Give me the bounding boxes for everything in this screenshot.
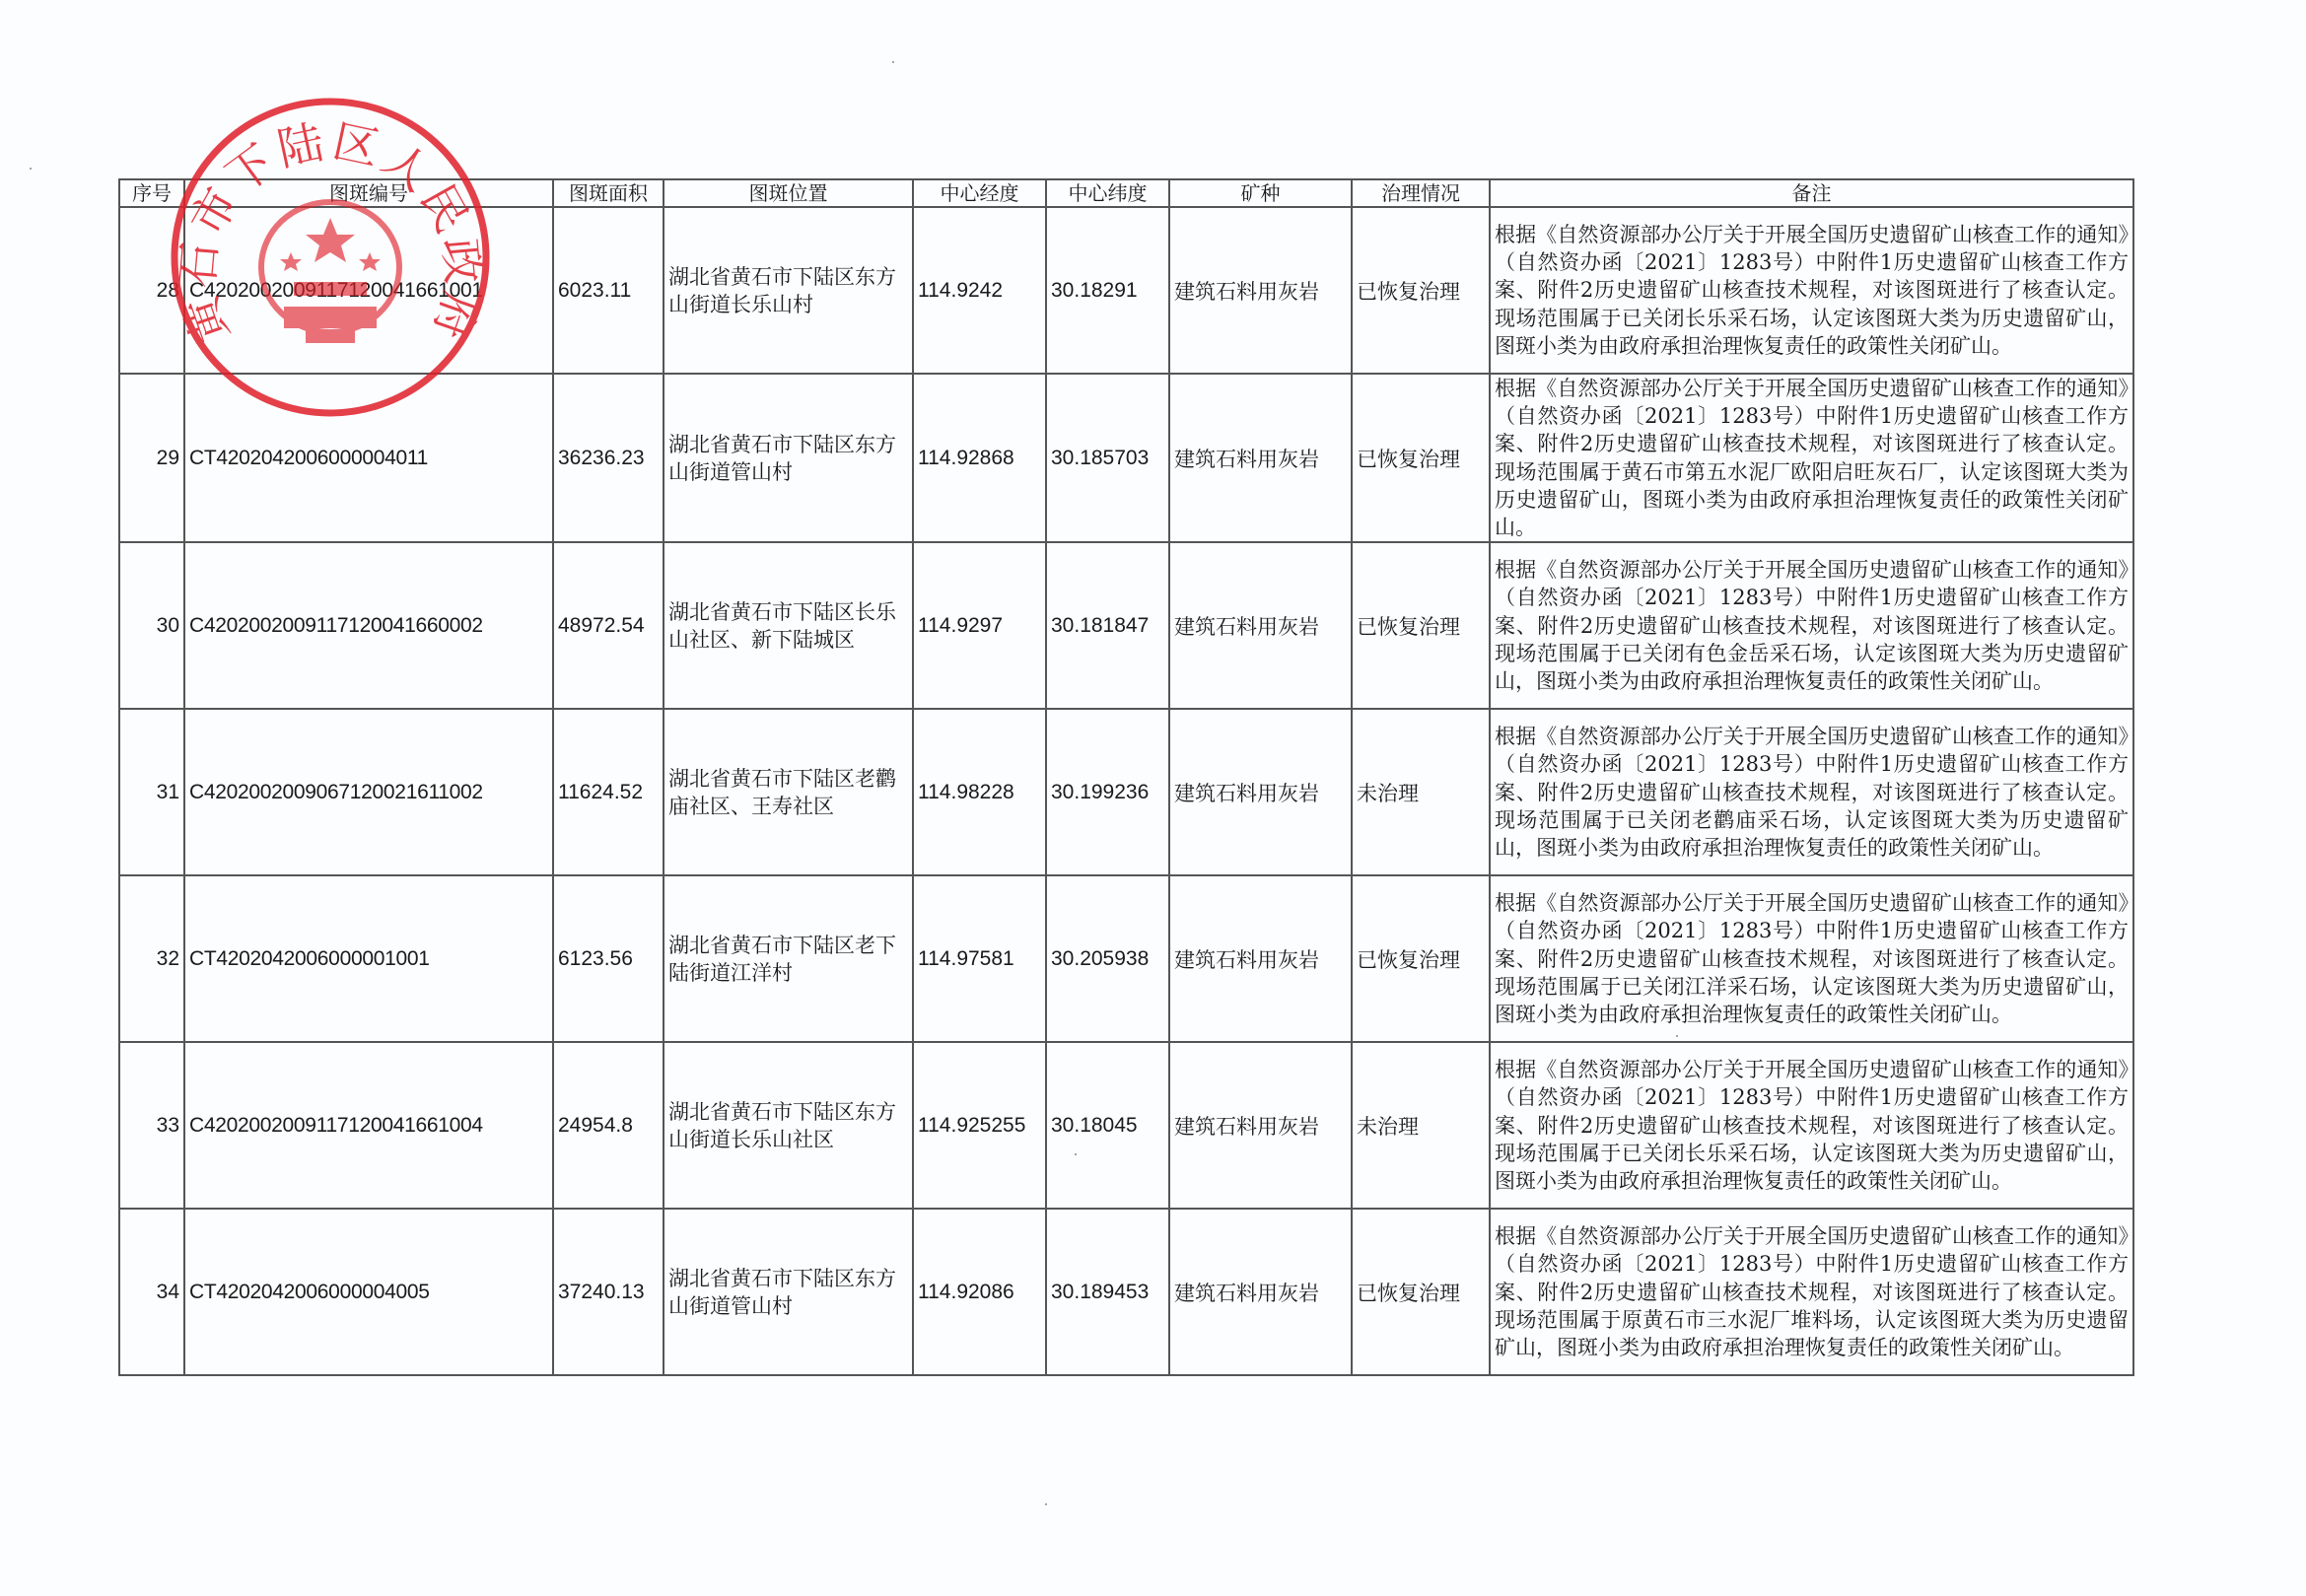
cell-mineral: 建筑石料用灰岩 <box>1169 1042 1352 1209</box>
cell-remark: 根据《自然资源部办公厅关于开展全国历史遗留矿山核查工作的通知》（自然资办函〔20… <box>1490 875 2133 1042</box>
cell-status: 已恢复治理 <box>1352 542 1490 709</box>
cell-status: 未治理 <box>1352 1042 1490 1209</box>
cell-remark: 根据《自然资源部办公厅关于开展全国历史遗留矿山核查工作的通知》（自然资办函〔20… <box>1490 207 2133 374</box>
cell-id: CT4202042006000004005 <box>184 1209 553 1375</box>
cell-mineral: 建筑石料用灰岩 <box>1169 1209 1352 1375</box>
cell-mineral: 建筑石料用灰岩 <box>1169 542 1352 709</box>
cell-no: 31 <box>119 709 184 875</box>
cell-id: C4202002009067120021611002 <box>184 709 553 875</box>
cell-id: C4202002009117120041660002 <box>184 542 553 709</box>
cell-location: 湖北省黄石市下陆区老鹳庙社区、王寿社区 <box>664 709 913 875</box>
cell-id: C4202002009117120041661004 <box>184 1042 553 1209</box>
cell-status: 已恢复治理 <box>1352 207 1490 374</box>
cell-area: 48972.54 <box>553 542 664 709</box>
cell-id: CT4202042006000004011 <box>184 374 553 542</box>
cell-location: 湖北省黄石市下陆区老下陆街道江洋村 <box>664 875 913 1042</box>
table-row: 32 CT4202042006000001001 6123.56 湖北省黄石市下… <box>119 875 2133 1042</box>
cell-remark: 根据《自然资源部办公厅关于开展全国历史遗留矿山核查工作的通知》（自然资办函〔20… <box>1490 709 2133 875</box>
header-area: 图斑面积 <box>553 179 664 207</box>
table-row: 30 C4202002009117120041660002 48972.54 湖… <box>119 542 2133 709</box>
cell-area: 6123.56 <box>553 875 664 1042</box>
cell-longitude: 114.9297 <box>913 542 1046 709</box>
historical-mine-table: 序号 图斑编号 图斑面积 图斑位置 中心经度 中心纬度 矿种 治理情况 备注 2… <box>118 178 2134 1376</box>
cell-latitude: 30.185703 <box>1046 374 1169 542</box>
cell-location: 湖北省黄石市下陆区东方山街道长乐山村 <box>664 207 913 374</box>
scan-speck <box>1045 1503 1047 1505</box>
cell-mineral: 建筑石料用灰岩 <box>1169 875 1352 1042</box>
cell-latitude: 30.181847 <box>1046 542 1169 709</box>
cell-area: 36236.23 <box>553 374 664 542</box>
cell-location: 湖北省黄石市下陆区东方山街道管山村 <box>664 374 913 542</box>
cell-no: 28 <box>119 207 184 374</box>
header-id: 图斑编号 <box>184 179 553 207</box>
header-remark: 备注 <box>1490 179 2133 207</box>
scan-speck <box>892 61 894 63</box>
header-mineral: 矿种 <box>1169 179 1352 207</box>
scan-speck <box>1676 1035 1678 1037</box>
cell-no: 33 <box>119 1042 184 1209</box>
scan-speck <box>1075 1153 1077 1155</box>
table-header-row: 序号 图斑编号 图斑面积 图斑位置 中心经度 中心纬度 矿种 治理情况 备注 <box>119 179 2133 207</box>
cell-latitude: 30.18291 <box>1046 207 1169 374</box>
cell-mineral: 建筑石料用灰岩 <box>1169 207 1352 374</box>
scan-speck <box>30 168 32 170</box>
table-row: 31 C4202002009067120021611002 11624.52 湖… <box>119 709 2133 875</box>
cell-area: 37240.13 <box>553 1209 664 1375</box>
table-row: 34 CT4202042006000004005 37240.13 湖北省黄石市… <box>119 1209 2133 1375</box>
cell-remark: 根据《自然资源部办公厅关于开展全国历史遗留矿山核查工作的通知》（自然资办函〔20… <box>1490 1209 2133 1375</box>
cell-no: 32 <box>119 875 184 1042</box>
cell-status: 已恢复治理 <box>1352 875 1490 1042</box>
cell-area: 24954.8 <box>553 1042 664 1209</box>
cell-longitude: 114.92868 <box>913 374 1046 542</box>
cell-latitude: 30.189453 <box>1046 1209 1169 1375</box>
cell-longitude: 114.925255 <box>913 1042 1046 1209</box>
header-latitude: 中心纬度 <box>1046 179 1169 207</box>
cell-longitude: 114.97581 <box>913 875 1046 1042</box>
table-row: 29 CT4202042006000004011 36236.23 湖北省黄石市… <box>119 374 2133 542</box>
cell-no: 30 <box>119 542 184 709</box>
cell-longitude: 114.9242 <box>913 207 1046 374</box>
cell-status: 已恢复治理 <box>1352 1209 1490 1375</box>
table-row: 28 C4202002009117120041661001 6023.11 湖北… <box>119 207 2133 374</box>
header-longitude: 中心经度 <box>913 179 1046 207</box>
header-status: 治理情况 <box>1352 179 1490 207</box>
cell-area: 6023.11 <box>553 207 664 374</box>
table-row: 33 C4202002009117120041661004 24954.8 湖北… <box>119 1042 2133 1209</box>
cell-area: 11624.52 <box>553 709 664 875</box>
cell-location: 湖北省黄石市下陆区东方山街道长乐山社区 <box>664 1042 913 1209</box>
cell-latitude: 30.199236 <box>1046 709 1169 875</box>
header-location: 图斑位置 <box>664 179 913 207</box>
cell-remark: 根据《自然资源部办公厅关于开展全国历史遗留矿山核查工作的通知》（自然资办函〔20… <box>1490 1042 2133 1209</box>
cell-latitude: 30.205938 <box>1046 875 1169 1042</box>
header-no: 序号 <box>119 179 184 207</box>
cell-id: C4202002009117120041661001 <box>184 207 553 374</box>
cell-location: 湖北省黄石市下陆区长乐山社区、新下陆城区 <box>664 542 913 709</box>
cell-status: 已恢复治理 <box>1352 374 1490 542</box>
cell-status: 未治理 <box>1352 709 1490 875</box>
cell-id: CT4202042006000001001 <box>184 875 553 1042</box>
cell-remark: 根据《自然资源部办公厅关于开展全国历史遗留矿山核查工作的通知》（自然资办函〔20… <box>1490 374 2133 542</box>
cell-mineral: 建筑石料用灰岩 <box>1169 374 1352 542</box>
cell-location: 湖北省黄石市下陆区东方山街道管山村 <box>664 1209 913 1375</box>
cell-remark: 根据《自然资源部办公厅关于开展全国历史遗留矿山核查工作的通知》（自然资办函〔20… <box>1490 542 2133 709</box>
document-page: 序号 图斑编号 图斑面积 图斑位置 中心经度 中心纬度 矿种 治理情况 备注 2… <box>0 0 2306 1596</box>
cell-longitude: 114.92086 <box>913 1209 1046 1375</box>
cell-longitude: 114.98228 <box>913 709 1046 875</box>
cell-mineral: 建筑石料用灰岩 <box>1169 709 1352 875</box>
cell-latitude: 30.18045 <box>1046 1042 1169 1209</box>
cell-no: 29 <box>119 374 184 542</box>
cell-no: 34 <box>119 1209 184 1375</box>
table-body: 28 C4202002009117120041661001 6023.11 湖北… <box>119 207 2133 1375</box>
